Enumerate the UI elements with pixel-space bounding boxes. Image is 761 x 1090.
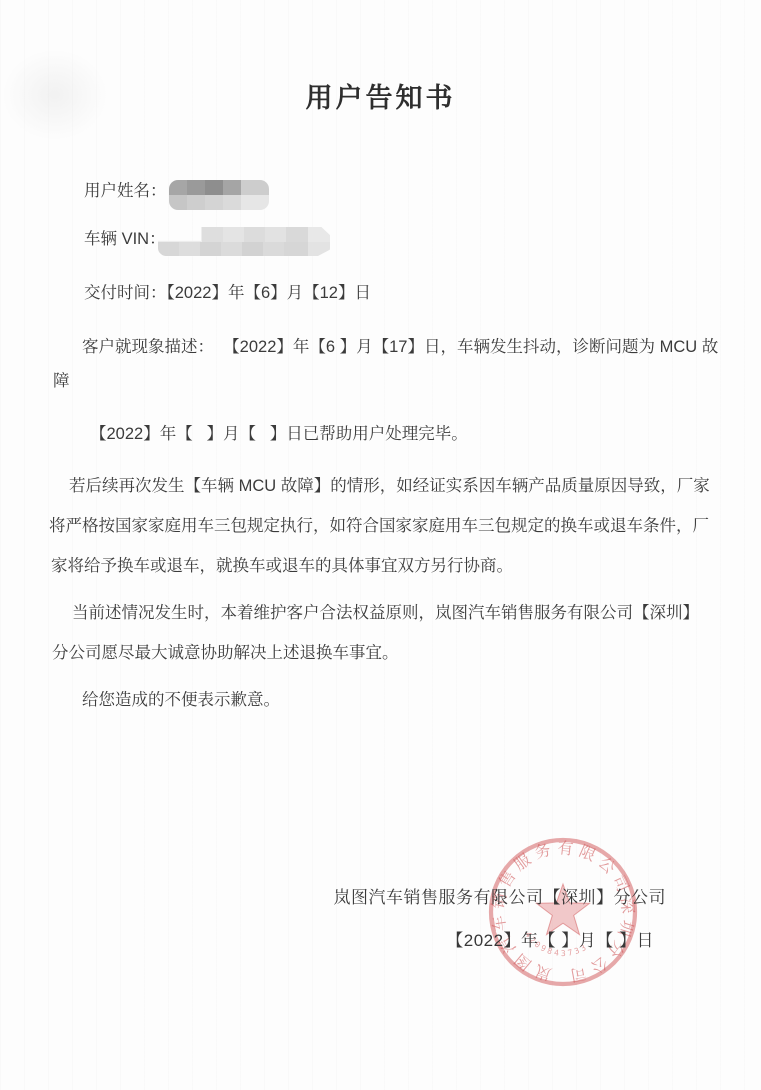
policy-paragraph-line-1: 若后续再次发生【车辆 MCU 故障】的情形，如经证实系因车辆产品质量原因导致，厂… — [69, 476, 710, 497]
commitment-paragraph-line-1: 当前述情况发生时，本着维护客户合法权益原则，岚图汽车销售服务有限公司【深圳】 — [72, 603, 699, 624]
company-seal-stamp: 岚图汽车销售服务有限公司深圳分公司 4209843733 — [463, 812, 663, 1012]
customer-description-line-1: 客户就现象描述： 【2022】年【6 】月【17】日，车辆发生抖动，诊断问题为 … — [82, 337, 718, 358]
field-delivery-date: 交付时间：【2022】年【6】月【12】日 — [84, 283, 371, 304]
customer-description-line-2: 障 — [53, 371, 70, 392]
document-page: 用户告知书 用户姓名： 车辆 VIN： 交付时间：【2022】年【6】月【12】… — [0, 0, 761, 1090]
svg-text:岚图汽车销售服务有限公司深圳分公司: 岚图汽车销售服务有限公司深圳分公司 — [489, 839, 637, 985]
page-title: 用户告知书 — [0, 76, 761, 115]
signature-date: 【2022】年【 】月【 】日 — [446, 926, 654, 951]
signature-company: 岚图汽车销售服务有限公司【深圳】分公司 — [334, 883, 667, 908]
redacted-vehicle-vin — [158, 227, 330, 256]
resolution-date-line: 【2022】年【 】月【 】日已帮助用户处理完毕。 — [90, 424, 468, 445]
redacted-user-name — [169, 180, 269, 210]
field-label-vehicle-vin: 车辆 VIN： — [84, 229, 166, 250]
seal-ring-text: 岚图汽车销售服务有限公司深圳分公司 — [489, 839, 637, 985]
policy-paragraph-line-2: 将严格按国家家庭用车三包规定执行，如符合国家家庭用车三包规定的换车或退车条件，厂 — [49, 516, 709, 537]
field-label-user-name: 用户姓名： — [84, 181, 167, 202]
policy-paragraph-line-3: 家将给予换车或退车，就换车或退车的具体事宜双方另行协商。 — [51, 556, 513, 577]
commitment-paragraph-line-2: 分公司愿尽最大诚意协助解决上述退换车事宜。 — [52, 643, 399, 664]
apology-line: 给您造成的不便表示歉意。 — [82, 690, 280, 711]
